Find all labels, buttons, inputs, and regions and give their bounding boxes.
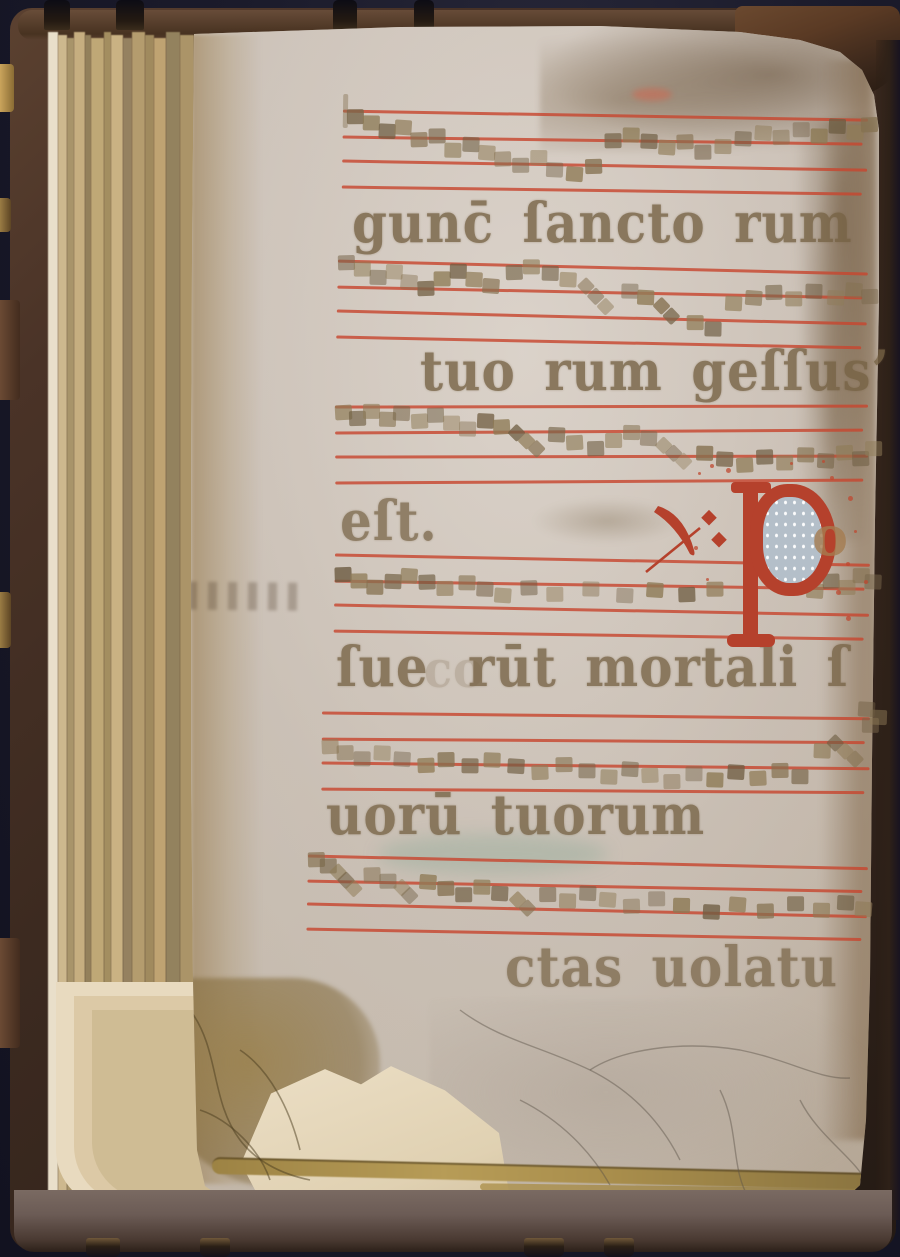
left-boss bbox=[0, 198, 11, 232]
penwork-dot bbox=[698, 472, 701, 475]
strap-knob bbox=[414, 0, 434, 30]
bottom-cracked-area bbox=[430, 1000, 870, 1205]
book-foot bbox=[524, 1238, 564, 1257]
left-strap bbox=[0, 300, 20, 400]
penwork-dot bbox=[836, 590, 841, 595]
green-tinge bbox=[378, 834, 608, 874]
penwork-dot bbox=[864, 580, 868, 584]
book-foot bbox=[86, 1238, 120, 1257]
left-margin-stain bbox=[191, 34, 261, 1184]
curled-leaf-edge bbox=[212, 1157, 874, 1190]
strap-knob bbox=[116, 0, 144, 30]
penwork-dot bbox=[846, 616, 851, 621]
left-clasp bbox=[0, 64, 14, 112]
left-boss bbox=[0, 592, 11, 648]
penwork-dot bbox=[830, 476, 834, 480]
book-foot bbox=[200, 1238, 230, 1257]
leather-bottom-edge bbox=[14, 1190, 892, 1252]
strap-knob bbox=[44, 0, 70, 30]
penwork-dot bbox=[706, 578, 709, 581]
strap-knob bbox=[333, 0, 357, 30]
penwork-dot bbox=[822, 460, 825, 463]
versicle-mark-icon bbox=[642, 492, 738, 578]
book-foot bbox=[604, 1238, 634, 1257]
penwork-dot bbox=[846, 562, 850, 566]
penwork-dot bbox=[726, 468, 731, 473]
left-strap bbox=[0, 938, 20, 1048]
penwork-dot bbox=[854, 530, 857, 533]
manuscript-photo: gunc̄ ſancto rumtuo rum geſſus’eſt.ſueco… bbox=[0, 0, 900, 1257]
red-smear bbox=[632, 88, 672, 101]
initial-following-letter: o bbox=[812, 504, 848, 568]
penwork-dot bbox=[710, 464, 714, 468]
parchment-cracks bbox=[160, 950, 880, 1230]
penwork-dot bbox=[848, 496, 853, 501]
penwork-dot bbox=[694, 546, 698, 550]
penwork-dot bbox=[790, 462, 793, 465]
decorated-initial-group: P o bbox=[640, 470, 900, 680]
